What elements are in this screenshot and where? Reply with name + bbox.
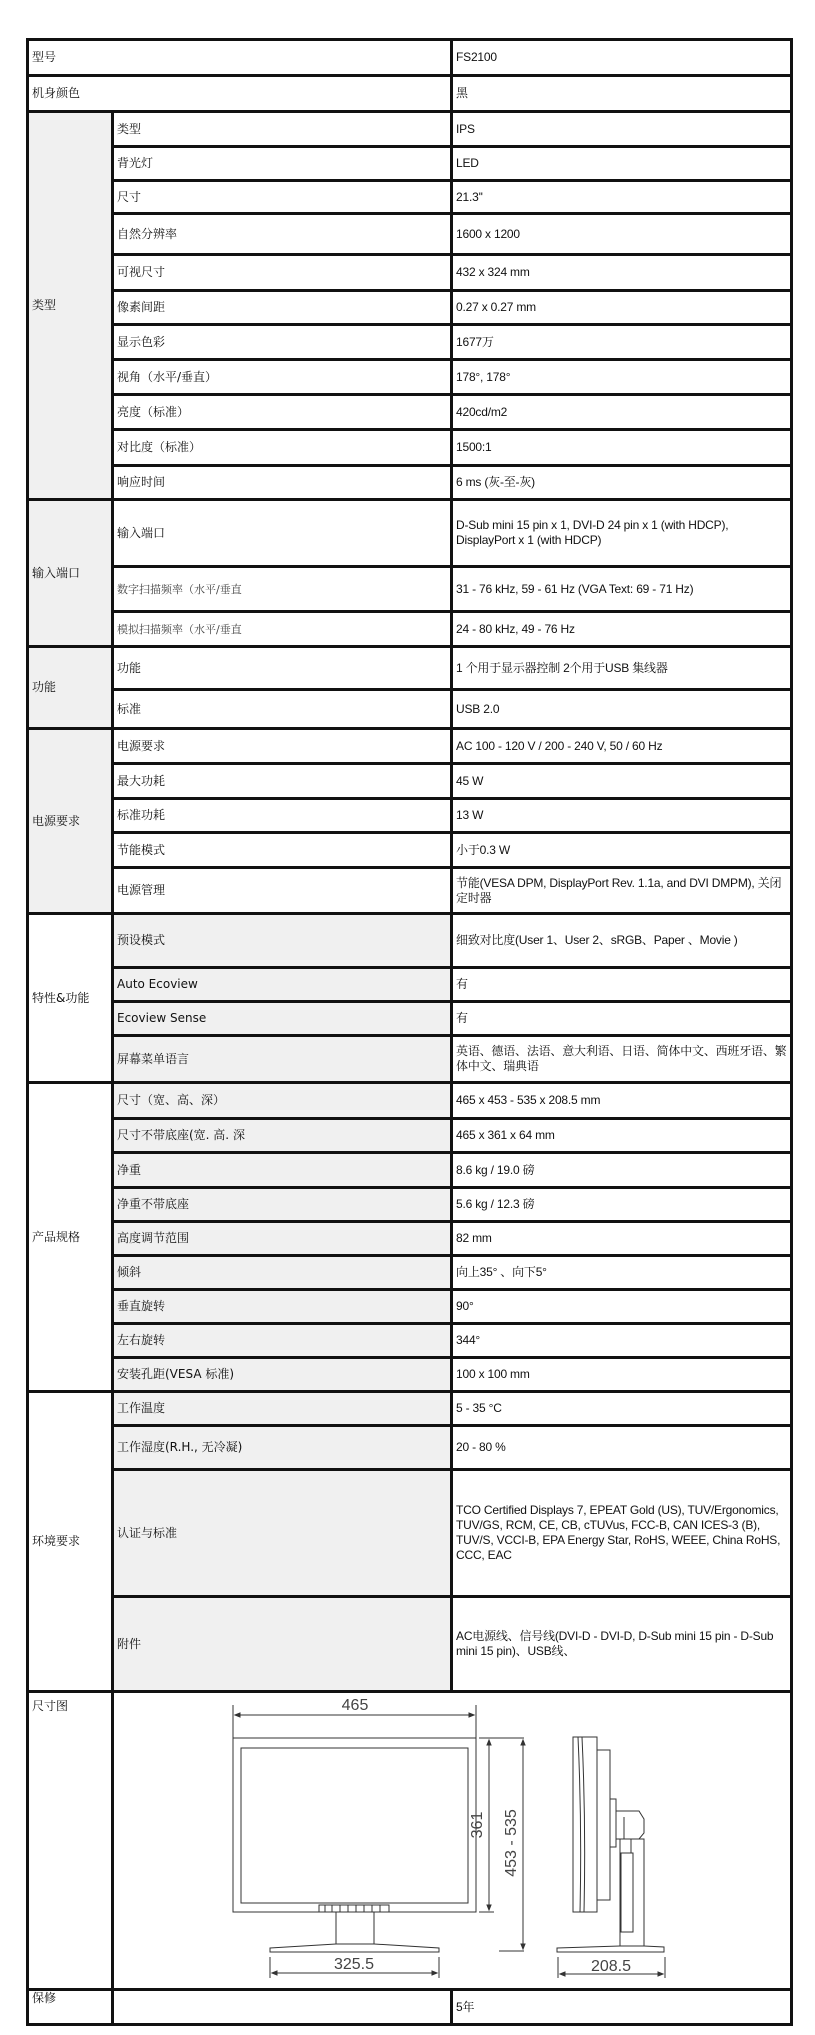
- spec-value: 465 x 361 x 64 mm: [452, 1119, 792, 1153]
- spec-label: 净重: [113, 1153, 452, 1188]
- spec-label: 亮度（标准）: [113, 395, 452, 430]
- spec-label: 对比度（标准）: [113, 430, 452, 466]
- spec-value: 5 - 35 °C: [452, 1392, 792, 1426]
- spec-row: 标准功耗13 W: [28, 799, 792, 833]
- spec-value: 178°, 178°: [452, 360, 792, 395]
- spec-value: 82 mm: [452, 1222, 792, 1256]
- diagram-label: 尺寸图: [28, 1692, 113, 1990]
- spec-label: 视角（水平/垂直）: [113, 360, 452, 395]
- spec-label: 屏幕菜单语言: [113, 1036, 452, 1083]
- spec-row: 背光灯LED: [28, 147, 792, 181]
- spec-label: 认证与标准: [113, 1470, 452, 1597]
- spec-value: 小于0.3 W: [452, 833, 792, 868]
- spec-row: 倾斜向上35° 、向下5°: [28, 1256, 792, 1290]
- spec-label: 安装孔距(VESA 标准): [113, 1358, 452, 1392]
- spec-row: 型号FS2100: [28, 40, 792, 76]
- dim-side-depth: 208.5: [591, 1958, 631, 1975]
- group-label: 电源要求: [28, 729, 113, 914]
- spec-value: 5.6 kg / 12.3 磅: [452, 1188, 792, 1222]
- spec-value: 8.6 kg / 19.0 磅: [452, 1153, 792, 1188]
- spec-row: 机身颜色黑: [28, 76, 792, 112]
- spec-label: 电源管理: [113, 868, 452, 914]
- spec-value: 20 - 80 %: [452, 1426, 792, 1470]
- group-label: 特性&功能: [28, 914, 113, 1083]
- spec-label: 模拟扫描频率（水平/垂直: [113, 612, 452, 647]
- spec-row: 最大功耗45 W: [28, 764, 792, 799]
- spec-row: 特性&功能预设模式细致对比度(User 1、User 2、sRGB、Paper …: [28, 914, 792, 968]
- spec-row: Auto Ecoview有: [28, 968, 792, 1002]
- spec-row: 安装孔距(VESA 标准)100 x 100 mm: [28, 1358, 792, 1392]
- spec-label: 垂直旋转: [113, 1290, 452, 1324]
- spec-label: 可视尺寸: [113, 255, 452, 291]
- dim-total-height: 453 - 535: [503, 1809, 520, 1877]
- dim-panel-height: 361: [469, 1812, 486, 1839]
- spec-value: D-Sub mini 15 pin x 1, DVI-D 24 pin x 1 …: [452, 500, 792, 567]
- spec-value: 1 个用于显示器控制 2个用于USB 集线器: [452, 647, 792, 690]
- spec-label: 响应时间: [113, 466, 452, 500]
- spec-row: 电源管理节能(VESA DPM, DisplayPort Rev. 1.1a, …: [28, 868, 792, 914]
- spec-label: 像素间距: [113, 291, 452, 325]
- spec-label: 功能: [113, 647, 452, 690]
- spec-value: 420cd/m2: [452, 395, 792, 430]
- spec-row: 环境要求工作温度5 - 35 °C: [28, 1392, 792, 1426]
- spec-value: 1500:1: [452, 430, 792, 466]
- spec-row: 认证与标准 TCO Certified Displays 7, EPEAT Go…: [28, 1470, 792, 1597]
- spec-label: 尺寸: [113, 181, 452, 214]
- spec-row: 输入端口输入端口D-Sub mini 15 pin x 1, DVI-D 24 …: [28, 500, 792, 567]
- spec-value: 英语、德语、法语、意大利语、日语、简体中文、西班牙语、繁体中文、瑞典语: [452, 1036, 792, 1083]
- spec-label: 标准: [113, 690, 452, 729]
- spec-row: 高度调节范围82 mm: [28, 1222, 792, 1256]
- spec-value: 13 W: [452, 799, 792, 833]
- spec-label: 显示色彩: [113, 325, 452, 360]
- spec-label: 工作湿度(R.H., 无冷凝): [113, 1426, 452, 1470]
- spec-value: IPS: [452, 112, 792, 147]
- spec-value: 1677万: [452, 325, 792, 360]
- spec-row: 电源要求电源要求AC 100 - 120 V / 200 - 240 V, 50…: [28, 729, 792, 764]
- spec-label: 左右旋转: [113, 1324, 452, 1358]
- spec-row: 对比度（标准） 1500:1: [28, 430, 792, 466]
- group-label: 输入端口: [28, 500, 113, 647]
- spec-label: 数字扫描频率（水平/垂直: [113, 567, 452, 612]
- spec-label: 高度调节范围: [113, 1222, 452, 1256]
- spec-table: 型号FS2100机身颜色黑类型类型IPS背光灯LED尺寸21.3''自然分辨率1…: [26, 38, 793, 2026]
- spec-row: 模拟扫描频率（水平/垂直24 - 80 kHz, 49 - 76 Hz: [28, 612, 792, 647]
- spec-label: 类型: [113, 112, 452, 147]
- spec-row: 垂直旋转90°: [28, 1290, 792, 1324]
- spec-value: 100 x 100 mm: [452, 1358, 792, 1392]
- spec-row: 自然分辨率1600 x 1200: [28, 214, 792, 255]
- spec-label: 标准功耗: [113, 799, 452, 833]
- spec-value: 432 x 324 mm: [452, 255, 792, 291]
- spec-label: 最大功耗: [113, 764, 452, 799]
- spec-row: 屏幕菜单语言英语、德语、法语、意大利语、日语、简体中文、西班牙语、繁体中文、瑞典…: [28, 1036, 792, 1083]
- spec-value: 黑: [452, 76, 792, 112]
- spec-label: Ecoview Sense: [113, 1002, 452, 1036]
- spec-label: 背光灯: [113, 147, 452, 181]
- spec-value: 31 - 76 kHz, 59 - 61 Hz (VGA Text: 69 - …: [452, 567, 792, 612]
- spec-value: AC电源线、信号线(DVI-D - DVI-D, D-Sub mini 15 p…: [452, 1597, 792, 1692]
- spec-value: 6 ms (灰-至-灰): [452, 466, 792, 500]
- spec-row: 附件AC电源线、信号线(DVI-D - DVI-D, D-Sub mini 15…: [28, 1597, 792, 1692]
- spec-row: 产品规格尺寸（宽、高、深）465 x 453 - 535 x 208.5 mm: [28, 1083, 792, 1119]
- spec-row: 可视尺寸432 x 324 mm: [28, 255, 792, 291]
- spec-label: 尺寸（宽、高、深）: [113, 1083, 452, 1119]
- group-label: 环境要求: [28, 1392, 113, 1692]
- spec-row: 尺寸不带底座(宽. 高. 深465 x 361 x 64 mm: [28, 1119, 792, 1153]
- spec-row: 显示色彩1677万: [28, 325, 792, 360]
- spec-label: 自然分辨率: [113, 214, 452, 255]
- spec-row: Ecoview Sense有: [28, 1002, 792, 1036]
- dim-front-width: 465: [342, 1697, 369, 1714]
- spec-label: 节能模式: [113, 833, 452, 868]
- spec-row: 亮度（标准）420cd/m2: [28, 395, 792, 430]
- spec-row: 类型类型IPS: [28, 112, 792, 147]
- dimension-diagram: 465 325.5 208.5 361 453 - 535: [113, 1692, 792, 1990]
- spec-row: 工作湿度(R.H., 无冷凝)20 - 80 %: [28, 1426, 792, 1470]
- spec-value: 24 - 80 kHz, 49 - 76 Hz: [452, 612, 792, 647]
- spec-row: 左右旋转344°: [28, 1324, 792, 1358]
- warranty-label: 保修: [28, 1990, 113, 2025]
- group-label: 产品规格: [28, 1083, 113, 1392]
- spec-label: 输入端口: [113, 500, 452, 567]
- spec-value: 90°: [452, 1290, 792, 1324]
- spec-value: 细致对比度(User 1、User 2、sRGB、Paper 、Movie ): [452, 914, 792, 968]
- spec-row: 功能功能1 个用于显示器控制 2个用于USB 集线器: [28, 647, 792, 690]
- spec-value: 344°: [452, 1324, 792, 1358]
- spec-value: 1600 x 1200: [452, 214, 792, 255]
- spec-value: USB 2.0: [452, 690, 792, 729]
- spec-row: 视角（水平/垂直）178°, 178°: [28, 360, 792, 395]
- spec-row: 净重8.6 kg / 19.0 磅: [28, 1153, 792, 1188]
- spec-label: 预设模式: [113, 914, 452, 968]
- monitor-dimension-drawing: 465 325.5 208.5 361 453 - 535: [114, 1693, 787, 1984]
- spec-row: 净重不带底座5.6 kg / 12.3 磅: [28, 1188, 792, 1222]
- group-label: 功能: [28, 647, 113, 729]
- diagram-row: 尺寸图: [28, 1692, 792, 1990]
- warranty-value: 5年: [452, 1990, 792, 2025]
- spec-label: 型号: [28, 40, 452, 76]
- warranty-empty: [113, 1990, 452, 2025]
- spec-value: 有: [452, 968, 792, 1002]
- spec-row: 标准USB 2.0: [28, 690, 792, 729]
- spec-label: 工作温度: [113, 1392, 452, 1426]
- spec-label: 尺寸不带底座(宽. 高. 深: [113, 1119, 452, 1153]
- spec-value: 节能(VESA DPM, DisplayPort Rev. 1.1a, and …: [452, 868, 792, 914]
- spec-row: 节能模式小于0.3 W: [28, 833, 792, 868]
- spec-value: TCO Certified Displays 7, EPEAT Gold (US…: [452, 1470, 792, 1597]
- spec-value: 465 x 453 - 535 x 208.5 mm: [452, 1083, 792, 1119]
- dim-base-width: 325.5: [334, 1956, 374, 1973]
- spec-value: AC 100 - 120 V / 200 - 240 V, 50 / 60 Hz: [452, 729, 792, 764]
- spec-label: 附件: [113, 1597, 452, 1692]
- spec-row: 响应时间6 ms (灰-至-灰): [28, 466, 792, 500]
- spec-value: 向上35° 、向下5°: [452, 1256, 792, 1290]
- spec-row: 数字扫描频率（水平/垂直31 - 76 kHz, 59 - 61 Hz (VGA…: [28, 567, 792, 612]
- spec-value: 45 W: [452, 764, 792, 799]
- spec-value: 21.3'': [452, 181, 792, 214]
- spec-label: Auto Ecoview: [113, 968, 452, 1002]
- spec-value: 0.27 x 0.27 mm: [452, 291, 792, 325]
- spec-label: 净重不带底座: [113, 1188, 452, 1222]
- group-label: 类型: [28, 112, 113, 500]
- spec-value: FS2100: [452, 40, 792, 76]
- spec-label: 电源要求: [113, 729, 452, 764]
- spec-value: 有: [452, 1002, 792, 1036]
- spec-value: LED: [452, 147, 792, 181]
- spec-label: 机身颜色: [28, 76, 452, 112]
- spec-row: 尺寸21.3'': [28, 181, 792, 214]
- spec-label: 倾斜: [113, 1256, 452, 1290]
- spec-row: 像素间距0.27 x 0.27 mm: [28, 291, 792, 325]
- warranty-row: 保修5年: [28, 1990, 792, 2025]
